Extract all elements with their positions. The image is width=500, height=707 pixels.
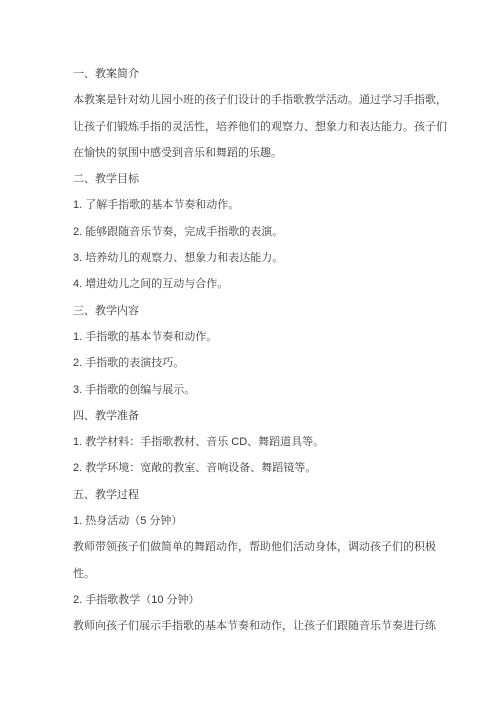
- text-line: 性。: [73, 561, 435, 587]
- text-line: 3. 手指歌的创编与展示。: [73, 377, 435, 403]
- text-line: 教师带领孩子们做简单的舞蹈动作，帮助他们活动身体，调动孩子们的积极: [73, 534, 435, 560]
- text-line: 4. 增进幼儿之间的互动与合作。: [73, 271, 435, 297]
- text-line: 2. 手指歌的表演技巧。: [73, 350, 435, 376]
- text-line: 2. 能够跟随音乐节奏，完成手指歌的表演。: [73, 219, 435, 245]
- section-heading: 五、教学过程: [73, 482, 435, 508]
- text-line: 2. 教学环境：宽敞的教室、音响设备、舞蹈镜等。: [73, 455, 435, 481]
- text-line: 1. 热身活动（5 分钟）: [73, 508, 435, 534]
- text-line: 1. 了解手指歌的基本节奏和动作。: [73, 192, 435, 218]
- document-content: 一、教案简介本教案是针对幼儿园小班的孩子们设计的手指歌教学活动。通过学习手指歌，…: [73, 61, 435, 640]
- text-line: 教师向孩子们展示手指歌的基本节奏和动作，让孩子们跟随音乐节奏进行练: [73, 613, 435, 639]
- text-line: 在愉快的氛围中感受到音乐和舞蹈的乐趣。: [73, 140, 435, 166]
- section-heading: 二、教学目标: [73, 166, 435, 192]
- section-heading: 一、教案简介: [73, 61, 435, 87]
- text-line: 3. 培养幼儿的观察力、想象力和表达能力。: [73, 245, 435, 271]
- section-heading: 四、教学准备: [73, 403, 435, 429]
- section-heading: 三、教学内容: [73, 298, 435, 324]
- text-line: 1. 手指歌的基本节奏和动作。: [73, 324, 435, 350]
- text-line: 本教案是针对幼儿园小班的孩子们设计的手指歌教学活动。通过学习手指歌，: [73, 87, 435, 113]
- text-line: 1. 教学材料：手指歌教材、音乐 CD、舞蹈道具等。: [73, 429, 435, 455]
- document-page: 一、教案简介本教案是针对幼儿园小班的孩子们设计的手指歌教学活动。通过学习手指歌，…: [0, 0, 500, 707]
- text-line: 2. 手指歌教学（10 分钟）: [73, 587, 435, 613]
- text-line: 让孩子们锻炼手指的灵活性，培养他们的观察力、想象力和表达能力。孩子们: [73, 114, 435, 140]
